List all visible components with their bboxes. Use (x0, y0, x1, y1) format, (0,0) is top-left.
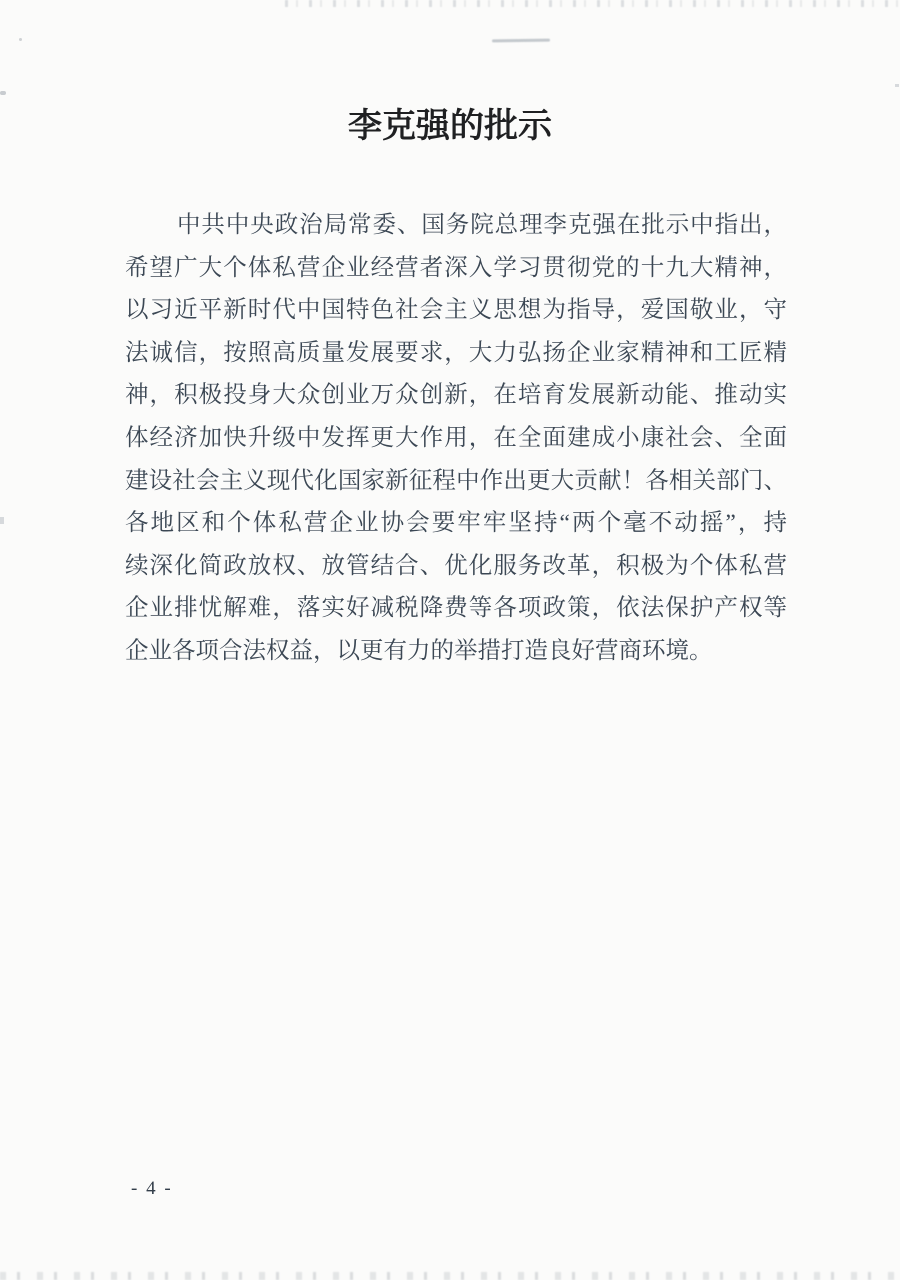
body-line: 以习近平新时代中国特色社会主义思想为指导，爱国敬业，守 (125, 289, 787, 332)
body-line: 各地区和个体私营企业协会要牢牢坚持“两个毫不动摇”，持 (125, 502, 787, 545)
body-line: 神，积极投身大众创业万众创新，在培育发展新动能、推动实 (125, 374, 787, 417)
body-line: 中共中央政治局常委、国务院总理李克强在批示中指出， (125, 204, 787, 247)
body-line: 希望广大个体私营企业经营者深入学习贯彻党的十九大精神， (125, 247, 787, 290)
scanned-document-page: 李克强的批示 中共中央政治局常委、国务院总理李克强在批示中指出， 希望广大个体私… (0, 0, 900, 1280)
scan-artifact-left-mark (0, 517, 4, 524)
page-number: - 4 - (131, 1178, 173, 1200)
document-body: 中共中央政治局常委、国务院总理李克强在批示中指出， 希望广大个体私营企业经营者深… (125, 204, 787, 673)
body-line: 体经济加快升级中发挥更大作用，在全面建成小康社会、全面 (125, 417, 787, 460)
body-line: 企业排忧解难，落实好减税降费等各项政策，依法保护产权等 (125, 587, 787, 630)
body-line: 建设社会主义现代化国家新征程中作出更大贡献！各相关部门、 (125, 460, 787, 503)
body-line: 法诚信，按照高质量发展要求，大力弘扬企业家精神和工匠精 (125, 332, 787, 375)
document-title: 李克强的批示 (0, 104, 900, 150)
scan-artifact-top-band (285, 0, 900, 7)
body-line: 企业各项合法权益，以更有力的举措打造良好营商环境。 (125, 630, 787, 673)
body-line: 续深化简政放权、放管结合、优化服务改革，积极为个体私营 (125, 545, 787, 588)
scan-artifact-left-mark (0, 91, 6, 95)
scan-artifact-bottom-band (0, 1272, 900, 1280)
scan-artifact-right-mark (895, 84, 899, 87)
scan-artifact-dot (19, 38, 22, 41)
scan-artifact-dash (492, 39, 550, 43)
